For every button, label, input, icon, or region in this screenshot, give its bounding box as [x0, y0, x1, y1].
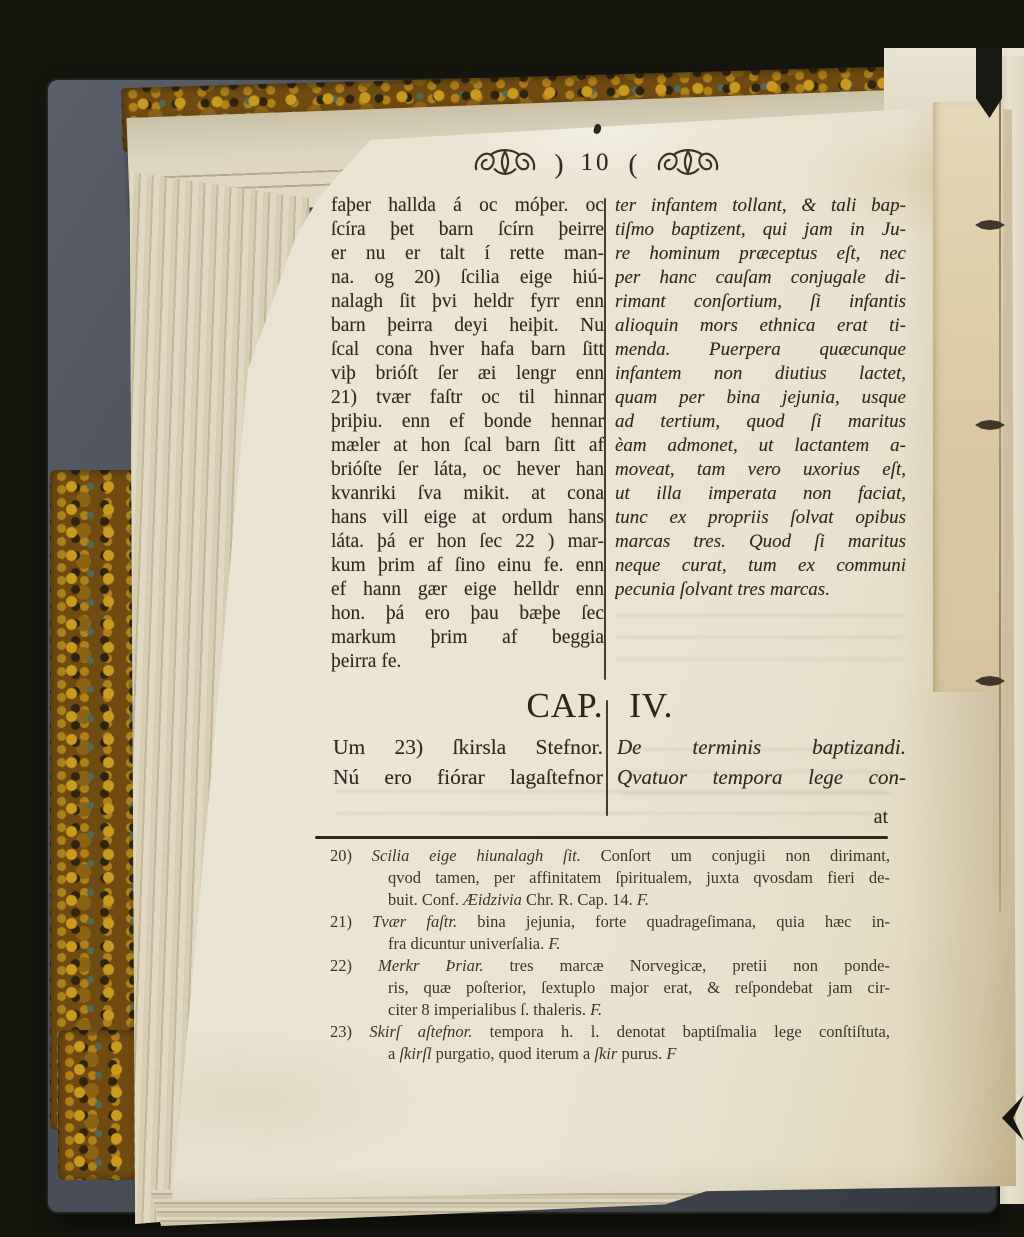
text-line: markum þrim af beggia: [331, 626, 604, 650]
text-line: ut illa imperata non faciat,: [615, 482, 906, 506]
section-latin: De terminis baptizandi.Qvatuor tempora l…: [617, 732, 906, 792]
text-line: re hominum præceptus eſt, nec: [615, 242, 906, 266]
footnote-rule: [315, 836, 888, 839]
footnote-line: buit. Conf. Æidzivia Chr. R. Cap. 14. F.: [330, 889, 890, 911]
text-line: alioquin mors ethnica erat ti-: [615, 314, 906, 338]
section-divider: [606, 700, 608, 816]
header-bracket-left: ): [555, 151, 564, 178]
chapter-heading: CAP. IV.: [430, 686, 770, 726]
printer-ornament-right-icon: [655, 146, 721, 178]
marbled-paper-bottom-left: [58, 1030, 140, 1180]
text-line: mæler at hon ſcal barn ſitt af: [331, 434, 604, 458]
text-line: menda. Puerpera quæcunque: [615, 338, 906, 362]
text-line: ſcal cona hver hafa barn ſitt: [331, 338, 604, 362]
section-icelandic: Um 23) ſkirsla Stefnor.Nú ero fiórar lag…: [333, 732, 603, 792]
text-line: per hanc cauſam conjugale di-: [615, 266, 906, 290]
text-line: kvanriki ſva mikit. at cona: [331, 482, 604, 506]
text-line: infantem non diutius lactet,: [615, 362, 906, 386]
text-line: brióſte ſer láta, oc hever han: [331, 458, 604, 482]
text-line: Qvatuor tempora lege con-: [617, 762, 906, 792]
text-line: 21) tvær faſtr oc til hinnar: [331, 386, 604, 410]
text-line: ad tertium, quod ſi maritus: [615, 410, 906, 434]
text-line: nalagh ſit þvi heldr fyrr enn: [331, 290, 604, 314]
footnote-line: 21) Tvær faſtr. bina jejunia, forte quad…: [330, 911, 890, 933]
text-line: viþ brióſt ſer æi lengr enn: [331, 362, 604, 386]
text-line: tunc ex propriis ſolvat opibus: [615, 506, 906, 530]
text-line: faþer hallda á oc móþer. oc: [331, 194, 604, 218]
text-line: kum þrim af ſino einu fe. enn: [331, 554, 604, 578]
text-line: na. og 20) ſcilia eige hiú-: [331, 266, 604, 290]
footnotes: 20) Scilia eige hiunalagh ſit. Conſort u…: [330, 845, 890, 1065]
footnote-line: ris, quæ poſterior, ſextuplo major erat,…: [330, 977, 890, 999]
text-line: er nu er talt í rette man-: [331, 242, 604, 266]
text-line: þriþiu. enn ef bonde hennar: [331, 410, 604, 434]
text-line: ſcíra þet barn ſcírn þeirre: [331, 218, 604, 242]
text-line: hans vill eige at ordum hans: [331, 506, 604, 530]
footnote-line: 23) Skirſ aſtefnor. tempora h. l. denota…: [330, 1021, 890, 1043]
text-line: pecunia ſolvant tres marcas.: [615, 578, 906, 602]
text-line: quam per bina jejunia, usque: [615, 386, 906, 410]
column-icelandic: faþer hallda á oc móþer. ocſcíra þet bar…: [331, 194, 604, 674]
page-number: 10: [581, 150, 612, 175]
page-header: ) 10 (: [424, 146, 768, 178]
text-line: barn þeirra deyi heiþit. Nu: [331, 314, 604, 338]
text-line: þeirra fe.: [331, 650, 604, 674]
text-line: ter infantem tollant, & tali bap-: [615, 194, 906, 218]
text-line: neque curat, tum ex communi: [615, 554, 906, 578]
column-divider: [604, 198, 606, 680]
footnote-line: 22) Merkr Þriar. tres marcæ Norvegicæ, p…: [330, 955, 890, 977]
footnote-line: a ſkirſl purgatio, quod iterum a ſkir pu…: [330, 1043, 890, 1065]
catchword: at: [760, 806, 888, 829]
text-line: láta. þá er hon ſec 22 ) mar-: [331, 530, 604, 554]
text-line: tiſmo baptizent, qui jam in Ju-: [615, 218, 906, 242]
gutter-page-strip: [933, 102, 1003, 692]
footnote-line: qvod tamen, per affinitatem ſpiritualem,…: [330, 867, 890, 889]
text-line: Um 23) ſkirsla Stefnor.: [333, 732, 603, 762]
text-line: hon. þá ero þau bæþe ſec: [331, 602, 604, 626]
footnote-line: 20) Scilia eige hiunalagh ſit. Conſort u…: [330, 845, 890, 867]
column-latin: ter infantem tollant, & tali bap-tiſmo b…: [615, 194, 906, 602]
text-line: marcas tres. Quod ſi maritus: [615, 530, 906, 554]
text-line: De terminis baptizandi.: [617, 732, 906, 762]
footnote-line: citer 8 imperialibus ſ. thaleris. F.: [330, 999, 890, 1021]
printer-ornament-left-icon: [472, 146, 538, 178]
text-line: rimant conſortium, ſi infantis: [615, 290, 906, 314]
text-line: èam admonet, ut lactantem a-: [615, 434, 906, 458]
text-line: ef hann gær eige helldr enn: [331, 578, 604, 602]
header-bracket-right: (: [629, 151, 638, 178]
text-line: moveat, tam vero uxorius eſt,: [615, 458, 906, 482]
text-line: Nú ero fiórar lagaſtefnor: [333, 762, 603, 792]
footnote-line: fra dicuntur univerſalia. F.: [330, 933, 890, 955]
